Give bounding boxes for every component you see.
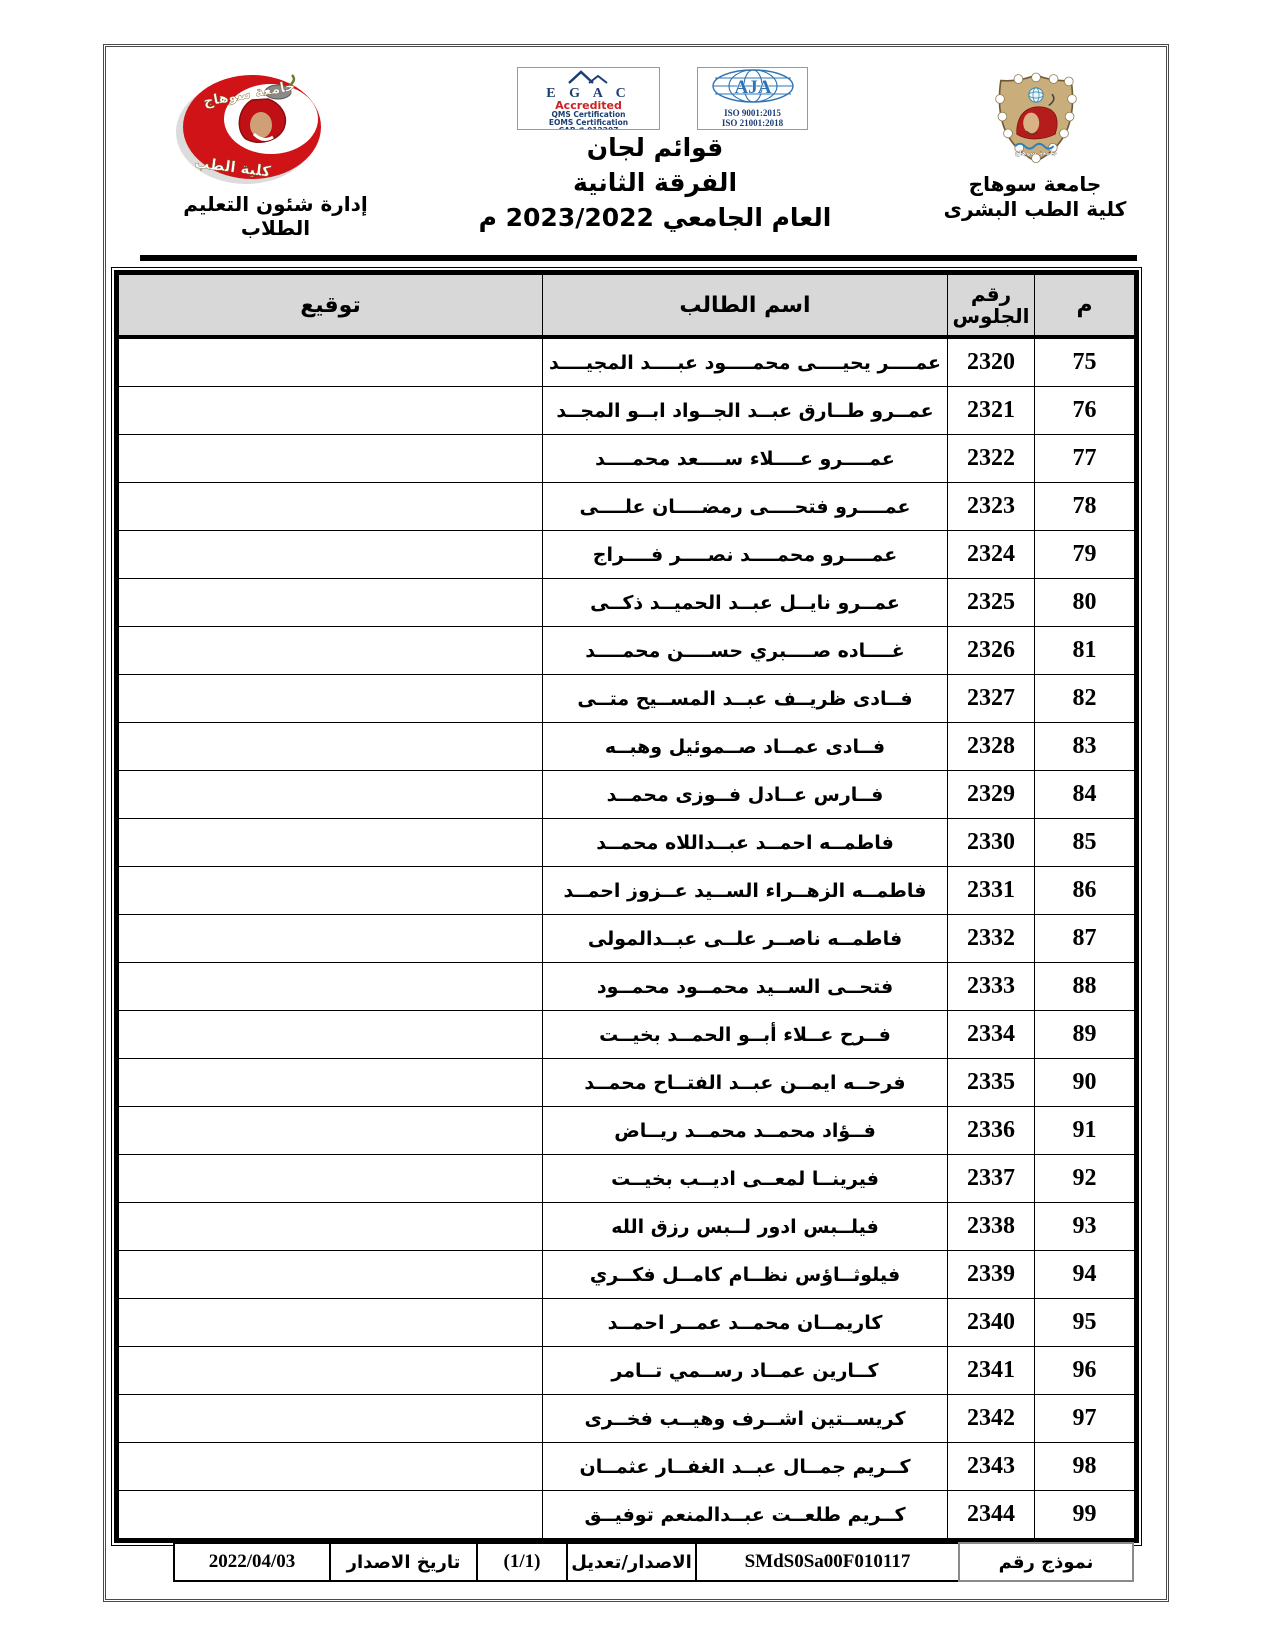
serial-cell: 76: [1035, 387, 1135, 435]
seat-number-cell: 2320: [948, 337, 1035, 387]
table-row: 82 2327 فــادى ظريــف عبــد المســيح متـ…: [119, 675, 1135, 723]
table-row: 79 2324 عمــــرو محمــــد نصــــر فــــر…: [119, 531, 1135, 579]
signature-cell: [119, 1347, 543, 1395]
seat-number-cell: 2333: [948, 963, 1035, 1011]
student-name-cell: كــارين عمــاد رســمي تــامر: [543, 1347, 948, 1395]
student-name-cell: فاطمــه ناصــر علــى عبــدالمولى: [543, 915, 948, 963]
table-row: 98 2343 كــريم جمــال عبــد الغفــار عثم…: [119, 1443, 1135, 1491]
student-name-cell: فــادى عمــاد صــموئيل وهبــه: [543, 723, 948, 771]
seat-number-cell: 2334: [948, 1011, 1035, 1059]
seat-number-cell: 2331: [948, 867, 1035, 915]
signature-cell: [119, 1443, 543, 1491]
department-text: إدارة شئون التعليم الطلاب: [163, 192, 388, 240]
aja-globe-icon: AJA: [710, 68, 796, 104]
signature-cell: [119, 675, 543, 723]
student-name-cell: كــريم طلعــت عبــدالمنعم توفيــق: [543, 1491, 948, 1539]
table-row: 80 2325 عمــرو نايــل عبــد الحميــد ذكـ…: [119, 579, 1135, 627]
student-name-cell: فــارس عــادل فــوزى محمــد: [543, 771, 948, 819]
seat-number-cell: 2324: [948, 531, 1035, 579]
table-row: 95 2340 كاريمــان محمــد عمــر احمــد: [119, 1299, 1135, 1347]
student-name-cell: عمــــرو محمــــد نصــــر فــــراج: [543, 531, 948, 579]
sohag-university-shield-logo: جامعة سوهاج: [972, 70, 1100, 168]
aja-certification-logo: AJA ISO 9001:2015 ISO 21001:2018: [697, 67, 808, 130]
table-row: 78 2323 عمــــرو فتحــــى رمضــــان علــ…: [119, 483, 1135, 531]
footer-version-label: الاصدار/تعديل: [566, 1542, 697, 1582]
serial-cell: 86: [1035, 867, 1135, 915]
seat-number-cell: 2326: [948, 627, 1035, 675]
student-name-cell: فاطمــه الزهــراء الســيد عــزوز احمــد: [543, 867, 948, 915]
student-name-cell: عمــــر يحيــــى محمــــود عبــــد المجي…: [543, 337, 948, 387]
signature-cell: [119, 1011, 543, 1059]
col-header-serial: م: [1035, 275, 1135, 338]
seat-number-cell: 2338: [948, 1203, 1035, 1251]
student-name-cell: عمــرو طــارق عبــد الجــواد ابــو المجـ…: [543, 387, 948, 435]
col-header-student-name: اسم الطالب: [543, 275, 948, 338]
serial-cell: 84: [1035, 771, 1135, 819]
serial-cell: 98: [1035, 1443, 1135, 1491]
signature-cell: [119, 1059, 543, 1107]
footer-form-label: نموذج رقم: [958, 1542, 1134, 1582]
signature-cell: [119, 337, 543, 387]
table-row: 92 2337 فيرينــا لمعــى اديــب بخيــت: [119, 1155, 1135, 1203]
aja-iso-line-1: ISO 9001:2015: [698, 108, 807, 118]
signature-cell: [119, 435, 543, 483]
footer-version-value: (1/1): [476, 1542, 568, 1582]
table-row: 85 2330 فاطمــه احمــد عبــداللاه محمــد: [119, 819, 1135, 867]
serial-cell: 81: [1035, 627, 1135, 675]
student-name-cell: عمــرو نايــل عبــد الحميــد ذكــى: [543, 579, 948, 627]
seat-header-line2: الجلوس: [949, 305, 1033, 327]
student-name-cell: فيلــبس ادور لــبس رزق الله: [543, 1203, 948, 1251]
seat-number-cell: 2322: [948, 435, 1035, 483]
table-row: 75 2320 عمــــر يحيــــى محمــــود عبـــ…: [119, 337, 1135, 387]
footer-issue-date-label: تاريخ الاصدار: [329, 1542, 478, 1582]
table-row: 93 2338 فيلــبس ادور لــبس رزق الله: [119, 1203, 1135, 1251]
students-table-frame: م رقم الجلوس اسم الطالب توقيع 75 2320 عم…: [111, 267, 1142, 1546]
serial-cell: 90: [1035, 1059, 1135, 1107]
serial-cell: 83: [1035, 723, 1135, 771]
table-row: 97 2342 كريســتين اشــرف وهيــب فخــرى: [119, 1395, 1135, 1443]
signature-cell: [119, 627, 543, 675]
table-row: 99 2344 كــريم طلعــت عبــدالمنعم توفيــ…: [119, 1491, 1135, 1539]
document-titles: قوائم لجان الفرقة الثانية العام الجامعي …: [455, 130, 855, 235]
table-row: 83 2328 فــادى عمــاد صــموئيل وهبــه: [119, 723, 1135, 771]
seat-number-cell: 2335: [948, 1059, 1035, 1107]
title-academic-year: العام الجامعي 2023/2022 م: [455, 200, 855, 235]
footer-form-code: SMdS0Sa00F010117: [695, 1542, 960, 1582]
page: جامعة سوهاج كلية الطب إدارة شئون التعليم…: [0, 0, 1275, 1650]
seat-number-cell: 2336: [948, 1107, 1035, 1155]
table-row: 89 2334 فــرح عــلاء أبــو الحمــد بخيــ…: [119, 1011, 1135, 1059]
student-name-cell: فاطمــه احمــد عبــداللاه محمــد: [543, 819, 948, 867]
signature-cell: [119, 771, 543, 819]
footer-issue-date-value: 2022/04/03: [173, 1542, 331, 1582]
signature-cell: [119, 819, 543, 867]
student-name-cell: فيلوثــاؤس نظــام كامــل فكــري: [543, 1251, 948, 1299]
signature-cell: [119, 1107, 543, 1155]
student-name-cell: فيرينــا لمعــى اديــب بخيــت: [543, 1155, 948, 1203]
serial-cell: 77: [1035, 435, 1135, 483]
table-row: 96 2341 كــارين عمــاد رســمي تــامر: [119, 1347, 1135, 1395]
table-row: 81 2326 غــــاده صــــبري حســــن محمـــ…: [119, 627, 1135, 675]
signature-cell: [119, 867, 543, 915]
serial-cell: 99: [1035, 1491, 1135, 1539]
serial-cell: 79: [1035, 531, 1135, 579]
seat-header-line1: رقم: [949, 283, 1033, 305]
table-row: 86 2331 فاطمــه الزهــراء الســيد عــزوز…: [119, 867, 1135, 915]
table-row: 76 2321 عمــرو طــارق عبــد الجــواد ابـ…: [119, 387, 1135, 435]
university-name-block: جامعة سوهاج كلية الطب البشرى: [935, 172, 1135, 222]
signature-cell: [119, 531, 543, 579]
shield-logo-arc-text: جامعة سوهاج: [1015, 149, 1058, 157]
signature-cell: [119, 723, 543, 771]
serial-cell: 89: [1035, 1011, 1135, 1059]
table-row: 90 2335 فرحــه ايمــن عبــد الفتــاح محم…: [119, 1059, 1135, 1107]
student-name-cell: فــؤاد محمــد محمــد ريــاض: [543, 1107, 948, 1155]
col-header-signature: توقيع: [119, 275, 543, 338]
student-name-cell: فــادى ظريــف عبــد المســيح متــى: [543, 675, 948, 723]
faculty-name: كلية الطب البشرى: [935, 197, 1135, 222]
serial-cell: 94: [1035, 1251, 1135, 1299]
signature-cell: [119, 1491, 543, 1539]
signature-cell: [119, 387, 543, 435]
serial-cell: 80: [1035, 579, 1135, 627]
seat-number-cell: 2323: [948, 483, 1035, 531]
signature-cell: [119, 1299, 543, 1347]
serial-cell: 92: [1035, 1155, 1135, 1203]
student-name-cell: كريســتين اشــرف وهيــب فخــرى: [543, 1395, 948, 1443]
serial-cell: 96: [1035, 1347, 1135, 1395]
seat-number-cell: 2340: [948, 1299, 1035, 1347]
serial-cell: 93: [1035, 1203, 1135, 1251]
table-row: 84 2329 فــارس عــادل فــوزى محمــد: [119, 771, 1135, 819]
signature-cell: [119, 1203, 543, 1251]
student-name-cell: عمــــرو فتحــــى رمضــــان علــــى: [543, 483, 948, 531]
seat-number-cell: 2342: [948, 1395, 1035, 1443]
student-name-cell: فرحــه ايمــن عبــد الفتــاح محمــد: [543, 1059, 948, 1107]
serial-cell: 91: [1035, 1107, 1135, 1155]
student-name-cell: غــــاده صــــبري حســــن محمــــد: [543, 627, 948, 675]
col-header-seat-number: رقم الجلوس: [948, 275, 1035, 338]
serial-cell: 75: [1035, 337, 1135, 387]
seat-number-cell: 2343: [948, 1443, 1035, 1491]
seat-number-cell: 2339: [948, 1251, 1035, 1299]
serial-cell: 88: [1035, 963, 1135, 1011]
table-row: 94 2339 فيلوثــاؤس نظــام كامــل فكــري: [119, 1251, 1135, 1299]
signature-cell: [119, 915, 543, 963]
serial-cell: 87: [1035, 915, 1135, 963]
student-name-cell: عمــــرو عــــلاء ســــعد محمــــد: [543, 435, 948, 483]
university-name: جامعة سوهاج: [935, 172, 1135, 197]
title-committee-lists: قوائم لجان: [455, 130, 855, 165]
signature-cell: [119, 1155, 543, 1203]
seat-number-cell: 2332: [948, 915, 1035, 963]
header-separator-rule: [140, 255, 1137, 261]
students-table-border: م رقم الجلوس اسم الطالب توقيع 75 2320 عم…: [114, 270, 1139, 1543]
student-name-cell: فــرح عــلاء أبــو الحمــد بخيــت: [543, 1011, 948, 1059]
serial-cell: 85: [1035, 819, 1135, 867]
egac-pyramid-icon: [567, 69, 611, 84]
seat-number-cell: 2325: [948, 579, 1035, 627]
serial-cell: 97: [1035, 1395, 1135, 1443]
table-row: 91 2336 فــؤاد محمــد محمــد ريــاض: [119, 1107, 1135, 1155]
seat-number-cell: 2344: [948, 1491, 1035, 1539]
seat-number-cell: 2341: [948, 1347, 1035, 1395]
student-name-cell: كــريم جمــال عبــد الغفــار عثمــان: [543, 1443, 948, 1491]
student-name-cell: فتحــى الســيد محمــود محمــود: [543, 963, 948, 1011]
title-second-year: الفرقة الثانية: [455, 165, 855, 200]
faculty-crescent-logo: جامعة سوهاج كلية الطب: [158, 72, 348, 186]
seat-number-cell: 2328: [948, 723, 1035, 771]
signature-cell: [119, 579, 543, 627]
table-row: 87 2332 فاطمــه ناصــر علــى عبــدالمولى: [119, 915, 1135, 963]
serial-cell: 78: [1035, 483, 1135, 531]
seat-number-cell: 2329: [948, 771, 1035, 819]
students-table: م رقم الجلوس اسم الطالب توقيع 75 2320 عم…: [118, 274, 1135, 1539]
seat-number-cell: 2321: [948, 387, 1035, 435]
serial-cell: 95: [1035, 1299, 1135, 1347]
table-header-row: م رقم الجلوس اسم الطالب توقيع: [119, 275, 1135, 338]
egac-accreditation-logo: E G A C Accredited QMS Certification EOM…: [517, 67, 660, 130]
seat-number-cell: 2337: [948, 1155, 1035, 1203]
table-row: 77 2322 عمــــرو عــــلاء ســــعد محمـــ…: [119, 435, 1135, 483]
serial-cell: 82: [1035, 675, 1135, 723]
seat-number-cell: 2330: [948, 819, 1035, 867]
signature-cell: [119, 1251, 543, 1299]
student-rows: 75 2320 عمــــر يحيــــى محمــــود عبـــ…: [119, 337, 1135, 1539]
aja-iso-line-2: ISO 21001:2018: [698, 118, 807, 128]
signature-cell: [119, 1395, 543, 1443]
student-name-cell: كاريمــان محمــد عمــر احمــد: [543, 1299, 948, 1347]
table-row: 88 2333 فتحــى الســيد محمــود محمــود: [119, 963, 1135, 1011]
seat-number-cell: 2327: [948, 675, 1035, 723]
aja-label: AJA: [734, 77, 771, 98]
signature-cell: [119, 483, 543, 531]
signature-cell: [119, 963, 543, 1011]
footer-strip: 2022/04/03 تاريخ الاصدار (1/1) الاصدار/ت…: [175, 1542, 1134, 1582]
